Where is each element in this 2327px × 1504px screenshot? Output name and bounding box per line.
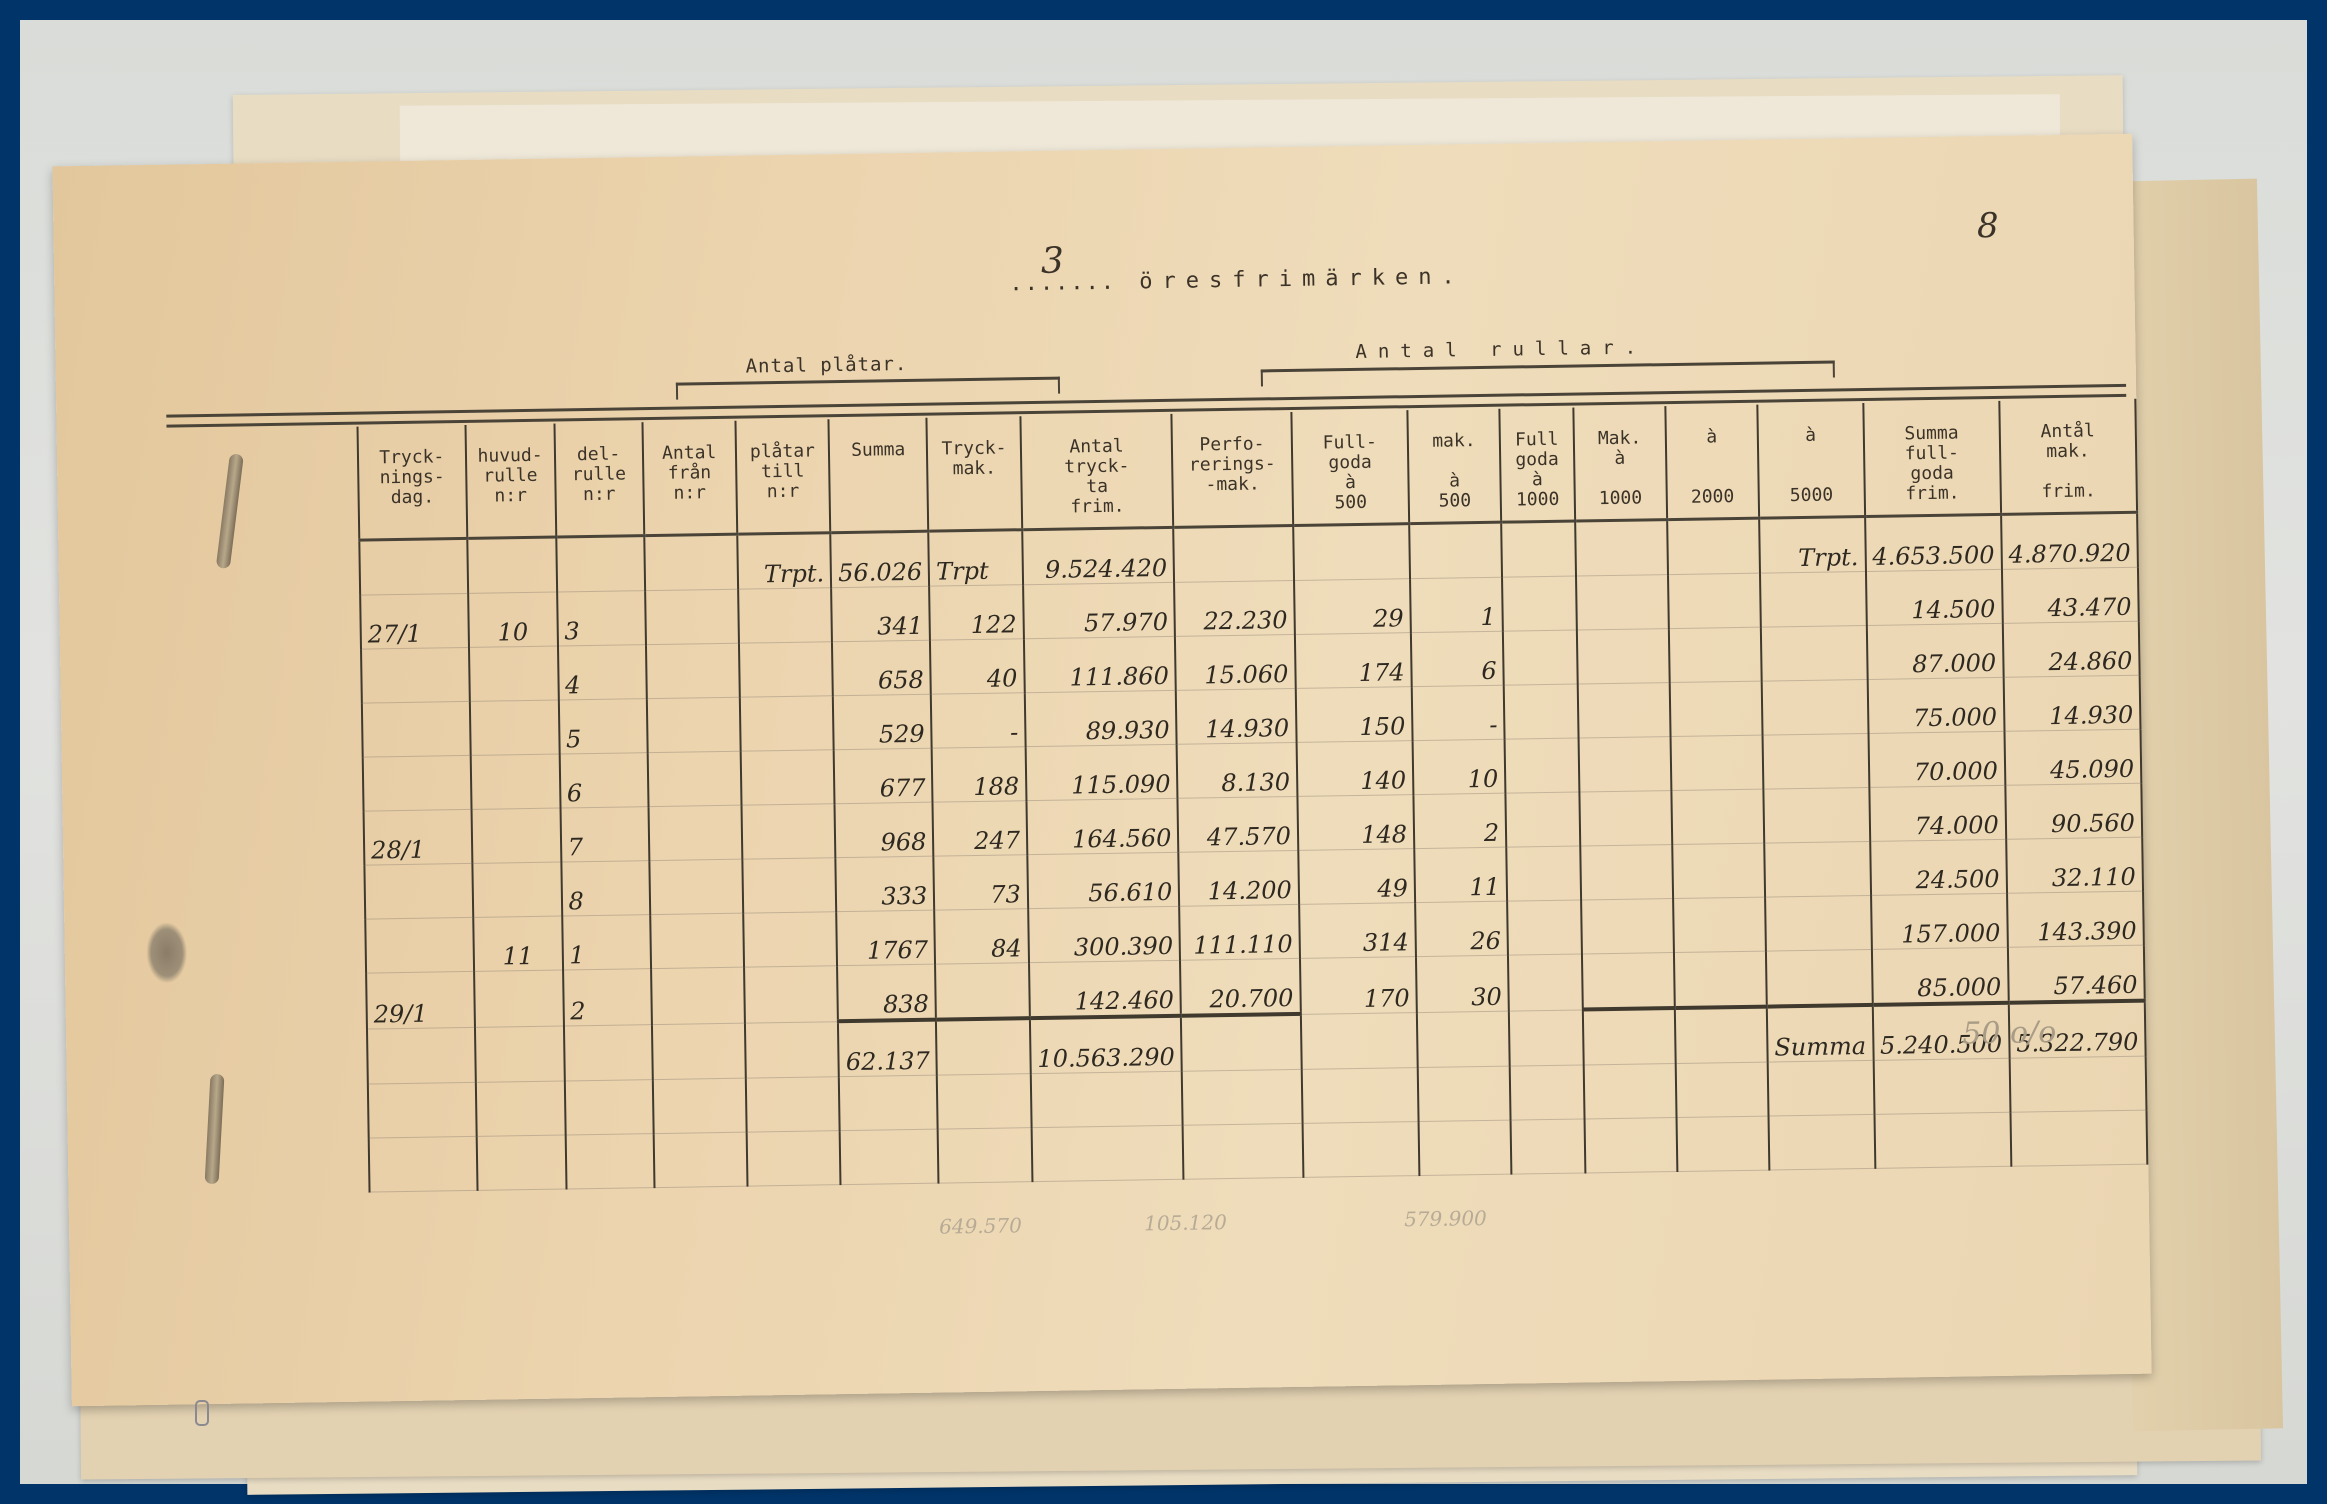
cell-a2000 <box>1669 681 1762 736</box>
cell <box>359 538 467 595</box>
cell-carried-printed: 9.524.420 <box>1022 527 1174 584</box>
page-number: 8 <box>1977 206 1999 246</box>
cell-date: 27/1 <box>360 593 468 649</box>
cell-perf-mak: 111.110 <box>1179 904 1299 960</box>
cell-full1000 <box>1502 576 1576 631</box>
cell-full1000 <box>1506 846 1580 901</box>
page-title: 3 ....... öresfrimärken. <box>1009 264 1465 296</box>
cell-mak500: 6 <box>1411 631 1504 686</box>
cell-antal-mak: 24.860 <box>2003 621 2140 677</box>
cell-mak1000 <box>1578 737 1671 792</box>
cell-summa-full: 74.000 <box>1869 785 2006 841</box>
title-denomination: 3 <box>1041 241 1065 282</box>
cell-mak500: 30 <box>1416 955 1509 1012</box>
cell-del: 6 <box>559 753 648 808</box>
cell-antal-mak: 45.090 <box>2004 729 2141 785</box>
cell-full500: 140 <box>1296 741 1413 797</box>
cell-mak1000 <box>1581 899 1674 954</box>
cell-full500: 174 <box>1295 633 1412 689</box>
cell-a2000 <box>1668 573 1761 628</box>
cell-summa-full: 157.000 <box>1871 893 2008 949</box>
cell-date <box>363 755 471 811</box>
cell-fran <box>647 751 741 806</box>
cell-summa: 1767 <box>836 910 935 966</box>
header-plates-from: Antalfrån n:r <box>642 421 737 536</box>
cell-carried-waste: 4.870.920 <box>2001 512 2138 569</box>
cell <box>556 536 645 592</box>
cell-date <box>364 863 472 919</box>
cell-date <box>361 647 469 703</box>
cell-full500: 170 <box>1300 957 1417 1014</box>
cell-a2000 <box>1669 627 1762 682</box>
cell-antal-mak: 43.470 <box>2002 567 2139 623</box>
header-sum-full: Summa full- goda frim. <box>1863 401 2001 517</box>
cell-antal-mak: 32.110 <box>2006 837 2143 893</box>
cell <box>1667 518 1760 574</box>
header-plates-to: plåtartill n:r <box>735 419 830 534</box>
string-tuft-icon <box>146 922 187 983</box>
header-2000: à 2000 <box>1665 405 1759 520</box>
cell-huvud: 10 <box>468 592 558 647</box>
cell-perf-mak: 8.130 <box>1177 742 1297 798</box>
cell-antal-mak: 143.390 <box>2007 891 2144 947</box>
cell-mak500: 11 <box>1414 847 1507 902</box>
cell-a5000 <box>1762 733 1869 789</box>
cell-till <box>742 858 836 913</box>
cell-a5000 <box>1762 679 1869 735</box>
cell-huvud <box>469 700 559 755</box>
cell-fran <box>645 589 739 644</box>
header-sum: Summa <box>829 418 929 533</box>
cell-carried-sum-full: 4.653.500 <box>1865 514 2002 571</box>
header-waste-1000: Mak. à 1000 <box>1573 406 1667 521</box>
cell-del: 3 <box>557 591 646 646</box>
cell-mak1000 <box>1580 845 1673 900</box>
header-perforation-waste: Perfo- rerings- -mak. <box>1172 412 1293 527</box>
cell-huvud <box>472 862 562 917</box>
pencil-note: 105.120 <box>1144 1210 1227 1235</box>
cell-full1000 <box>1503 630 1577 685</box>
cell-mak1000 <box>1576 629 1669 684</box>
cell <box>1174 525 1294 582</box>
cell-carried-label: Trpt <box>928 530 1022 586</box>
cell <box>1301 1012 1418 1069</box>
cell-antal-mak: 14.930 <box>2003 675 2140 731</box>
cell-till <box>741 804 835 859</box>
cell-perf-mak: 14.200 <box>1179 850 1299 906</box>
cell-tryckmak: 247 <box>933 801 1027 856</box>
cell-a5000 <box>1763 787 1870 843</box>
cell-summa: 658 <box>832 640 931 696</box>
pencil-note: 579.900 <box>1404 1206 1487 1231</box>
header-from-label: från n:r <box>668 462 712 504</box>
cell-antal-tryckta: 57.970 <box>1023 582 1175 638</box>
binding-string-bottom-icon <box>205 1074 225 1185</box>
total-printed: 10.563.290 <box>1030 1016 1182 1074</box>
cell-mak1000 <box>1576 575 1669 630</box>
cell-fran <box>650 913 744 968</box>
cell-a5000 <box>1764 841 1871 897</box>
cell-summa: 838 <box>837 964 936 1021</box>
cell-a5000 <box>1766 949 1873 1006</box>
cell-full1000 <box>1504 684 1578 739</box>
cell-a2000 <box>1673 897 1766 952</box>
binding-string-top-icon <box>216 453 244 569</box>
cell-fran <box>651 967 745 1024</box>
cell-antal-tryckta: 111.860 <box>1024 636 1176 692</box>
cell-del: 8 <box>561 861 650 916</box>
cell <box>367 1027 475 1084</box>
cell-a2000 <box>1670 735 1763 790</box>
cell-summa: 333 <box>836 856 935 912</box>
header-plates-group-b: plåtar <box>750 440 815 462</box>
cell-del: 5 <box>558 699 647 754</box>
cell-date: 29/1 <box>366 971 474 1028</box>
cell-mak500: 2 <box>1413 793 1506 848</box>
cell-mak500: 10 <box>1413 739 1506 794</box>
cell <box>564 1024 653 1081</box>
cell-full500: 29 <box>1294 579 1411 635</box>
cell-mak1000 <box>1579 791 1672 846</box>
cell-carried-label: Trpt. <box>737 533 831 589</box>
header-plates-group-a: Antal <box>662 442 717 464</box>
cell-antal-tryckta: 115.090 <box>1026 744 1178 800</box>
group-label-rolls: Antal rullar. <box>1355 336 1647 363</box>
cell-mak500: 1 <box>1410 577 1503 632</box>
cell-mak500: - <box>1412 685 1505 740</box>
cell-huvud <box>474 970 564 1027</box>
brace-rolls <box>1261 360 1835 386</box>
cell <box>1181 1014 1301 1071</box>
cell <box>644 534 738 590</box>
cell-till <box>744 966 838 1023</box>
cell-tryckmak: - <box>931 693 1025 748</box>
header-5000: à 5000 <box>1757 403 1865 518</box>
cell <box>1509 1009 1583 1066</box>
cell-full1000 <box>1508 954 1582 1011</box>
brace-plates <box>676 377 1060 400</box>
cell-summa: 529 <box>833 694 932 750</box>
cell-a5000 <box>1765 895 1872 951</box>
cell-summa: 968 <box>835 802 934 858</box>
group-label-plates: Antal plåtar. <box>745 353 907 378</box>
cell-full1000 <box>1505 738 1579 793</box>
header-full-1000: Full goda à 1000 <box>1499 408 1574 523</box>
cell <box>1417 1011 1510 1068</box>
cell-perf-mak: 20.700 <box>1180 958 1300 1015</box>
cell-del: 2 <box>563 969 652 1026</box>
cell-full500: 148 <box>1297 795 1414 851</box>
cell-del: 4 <box>558 645 647 700</box>
cell <box>1293 524 1410 581</box>
cell-a5000 <box>1760 571 1867 627</box>
cell-tryckmak <box>935 963 1029 1020</box>
cell-date <box>365 917 473 973</box>
header-printed-stamps: Antal tryck- ta frim. <box>1020 414 1173 530</box>
cell-summa-full: 70.000 <box>1868 731 2005 787</box>
header-to-label: till n:r <box>761 461 805 503</box>
cell-antal-tryckta: 56.610 <box>1027 852 1179 908</box>
cell-summa-full: 85.000 <box>1872 947 2009 1005</box>
cell-tryckmak: 188 <box>932 747 1026 802</box>
cell-antal-tryckta: 164.560 <box>1026 798 1178 854</box>
ledger-page: 8 3 ....... öresfrimärken. Antal plåtar.… <box>52 134 2151 1407</box>
cell-full500: 49 <box>1298 849 1415 905</box>
cell-till <box>739 642 833 697</box>
cell <box>1675 1007 1768 1064</box>
paper-clip-icon <box>195 1400 209 1426</box>
cell-full500: 314 <box>1299 903 1416 959</box>
cell-summa: 677 <box>834 748 933 804</box>
cell-tryckmak: 73 <box>934 855 1028 910</box>
title-text: öresfrimärken. <box>1139 264 1465 294</box>
cell-antal-tryckta: 300.390 <box>1028 906 1180 962</box>
cell-summa-full: 75.000 <box>1867 677 2004 733</box>
cell-date <box>362 701 470 757</box>
cell-full1000 <box>1506 792 1580 847</box>
ledger-rows: 27/110334112257.97022.23029114.50043.470… <box>360 567 2145 1028</box>
cell-mak1000 <box>1577 683 1670 738</box>
cell-full500: 150 <box>1296 687 1413 743</box>
cell-summa-full: 87.000 <box>1866 623 2003 679</box>
total-label: Summa <box>1767 1005 1874 1062</box>
cell-antal-tryckta: 142.460 <box>1029 960 1181 1018</box>
pencil-note: 649.570 <box>939 1213 1022 1238</box>
cell-carried-label: Trpt. <box>1759 516 1866 573</box>
cell <box>936 1018 1030 1075</box>
cell <box>1501 521 1575 577</box>
header-print-waste: Tryck- mak. <box>927 416 1022 531</box>
cell-till <box>739 696 833 751</box>
cell-summa: 341 <box>831 586 930 642</box>
cell-date: 28/1 <box>364 809 472 865</box>
cell-antal-tryckta: 89.930 <box>1025 690 1177 746</box>
cell-tryckmak: 84 <box>934 909 1028 964</box>
cell-a2000 <box>1671 789 1764 844</box>
cell <box>652 1023 746 1080</box>
cell-a5000 <box>1761 625 1868 681</box>
cell-del: 1 <box>562 915 651 970</box>
cell-antal-mak: 90.560 <box>2005 783 2142 839</box>
cell-tryckmak: 122 <box>929 585 1023 640</box>
cell-tryckmak: 40 <box>930 639 1024 694</box>
total-sum: 62.137 <box>838 1020 937 1077</box>
cell <box>475 1025 565 1082</box>
cell-fran <box>647 697 741 752</box>
header-waste-500: mak. à 500 <box>1407 409 1501 524</box>
cell <box>1409 522 1502 578</box>
header-date: Tryck- nings- dag. <box>358 425 467 540</box>
cell-till <box>738 588 832 643</box>
cell-huvud <box>471 808 561 863</box>
header-full-500: Full- goda à 500 <box>1291 410 1409 525</box>
percent-annotation: 50 o/o <box>1962 1015 2056 1051</box>
cell-huvud <box>469 646 559 701</box>
header-waste-stamps: Antål mak. frim. <box>1999 399 2137 515</box>
cell-a2000 <box>1672 843 1765 898</box>
cell-perf-mak: 15.060 <box>1175 634 1295 690</box>
cell-perf-mak: 22.230 <box>1174 580 1294 636</box>
cell-till <box>743 912 837 967</box>
cell-carried-sum: 56.026 <box>831 531 930 588</box>
cell-mak500: 26 <box>1415 901 1508 956</box>
ledger-table: Tryck- nings- dag. huvud- rulle n:r del-… <box>357 399 2149 1193</box>
cell-mak1000 <box>1582 953 1675 1010</box>
cell-antal-mak: 57.460 <box>2008 945 2145 1003</box>
cell <box>1575 520 1668 576</box>
cell-perf-mak: 14.930 <box>1176 688 1296 744</box>
cell-fran <box>648 805 742 860</box>
cell-full1000 <box>1507 900 1581 955</box>
cell-summa-full: 14.500 <box>1866 569 2003 625</box>
cell <box>745 1021 839 1078</box>
cell-fran <box>649 859 743 914</box>
header-sub-roll: del- rulle n:r <box>554 422 644 537</box>
cell-huvud: 11 <box>473 916 563 971</box>
cell-perf-mak: 47.570 <box>1178 796 1298 852</box>
cell-fran <box>646 643 740 698</box>
cell-till <box>740 750 834 805</box>
cell-a2000 <box>1674 951 1767 1008</box>
cell <box>467 537 557 593</box>
cell-huvud <box>470 754 560 809</box>
cell-summa-full: 24.500 <box>1870 839 2007 895</box>
cell-del: 7 <box>560 807 649 862</box>
header-main-roll: huvud- rulle n:r <box>465 424 556 539</box>
cell <box>1582 1008 1675 1065</box>
